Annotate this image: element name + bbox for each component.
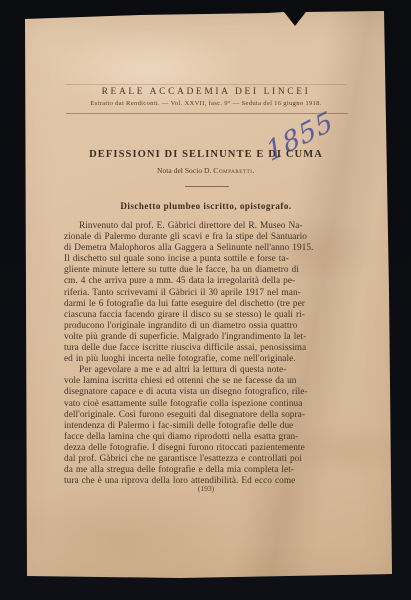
header-bottom-rule — [66, 113, 348, 114]
byline: Nota del Socio D. Comparetti. — [60, 166, 352, 175]
institution-title: REALE ACCADEMIA DEI LINCEI — [60, 87, 352, 97]
scan-background: REALE ACCADEMIA DEI LINCEI Estratto dai … — [0, 0, 411, 600]
page-number: (193) — [60, 484, 352, 493]
header-top-rule — [66, 84, 346, 85]
byline-divider-rule — [185, 186, 229, 187]
body-text: Rinvenuto dal prof. E. Gàbrici direttore… — [64, 221, 354, 487]
document-page: REALE ACCADEMIA DEI LINCEI Estratto dai … — [0, 0, 411, 600]
paragraph-1: Rinvenuto dal prof. E. Gàbrici direttore… — [64, 221, 354, 365]
section-heading: Dischetto plumbeo iscritto, opistografo. — [60, 201, 352, 211]
paragraph-2: Per agevolare a me e ad altri la lettura… — [64, 365, 354, 487]
byline-author-name: Comparetti. — [213, 166, 255, 175]
byline-prefix: Nota del Socio D. — [157, 166, 213, 175]
source-citation-line: Estratto dai Rendiconti. — Vol. XXVII, f… — [60, 100, 352, 107]
page-title: DEFISSIONI DI SELINUNTE E DI CUMA — [60, 149, 352, 160]
